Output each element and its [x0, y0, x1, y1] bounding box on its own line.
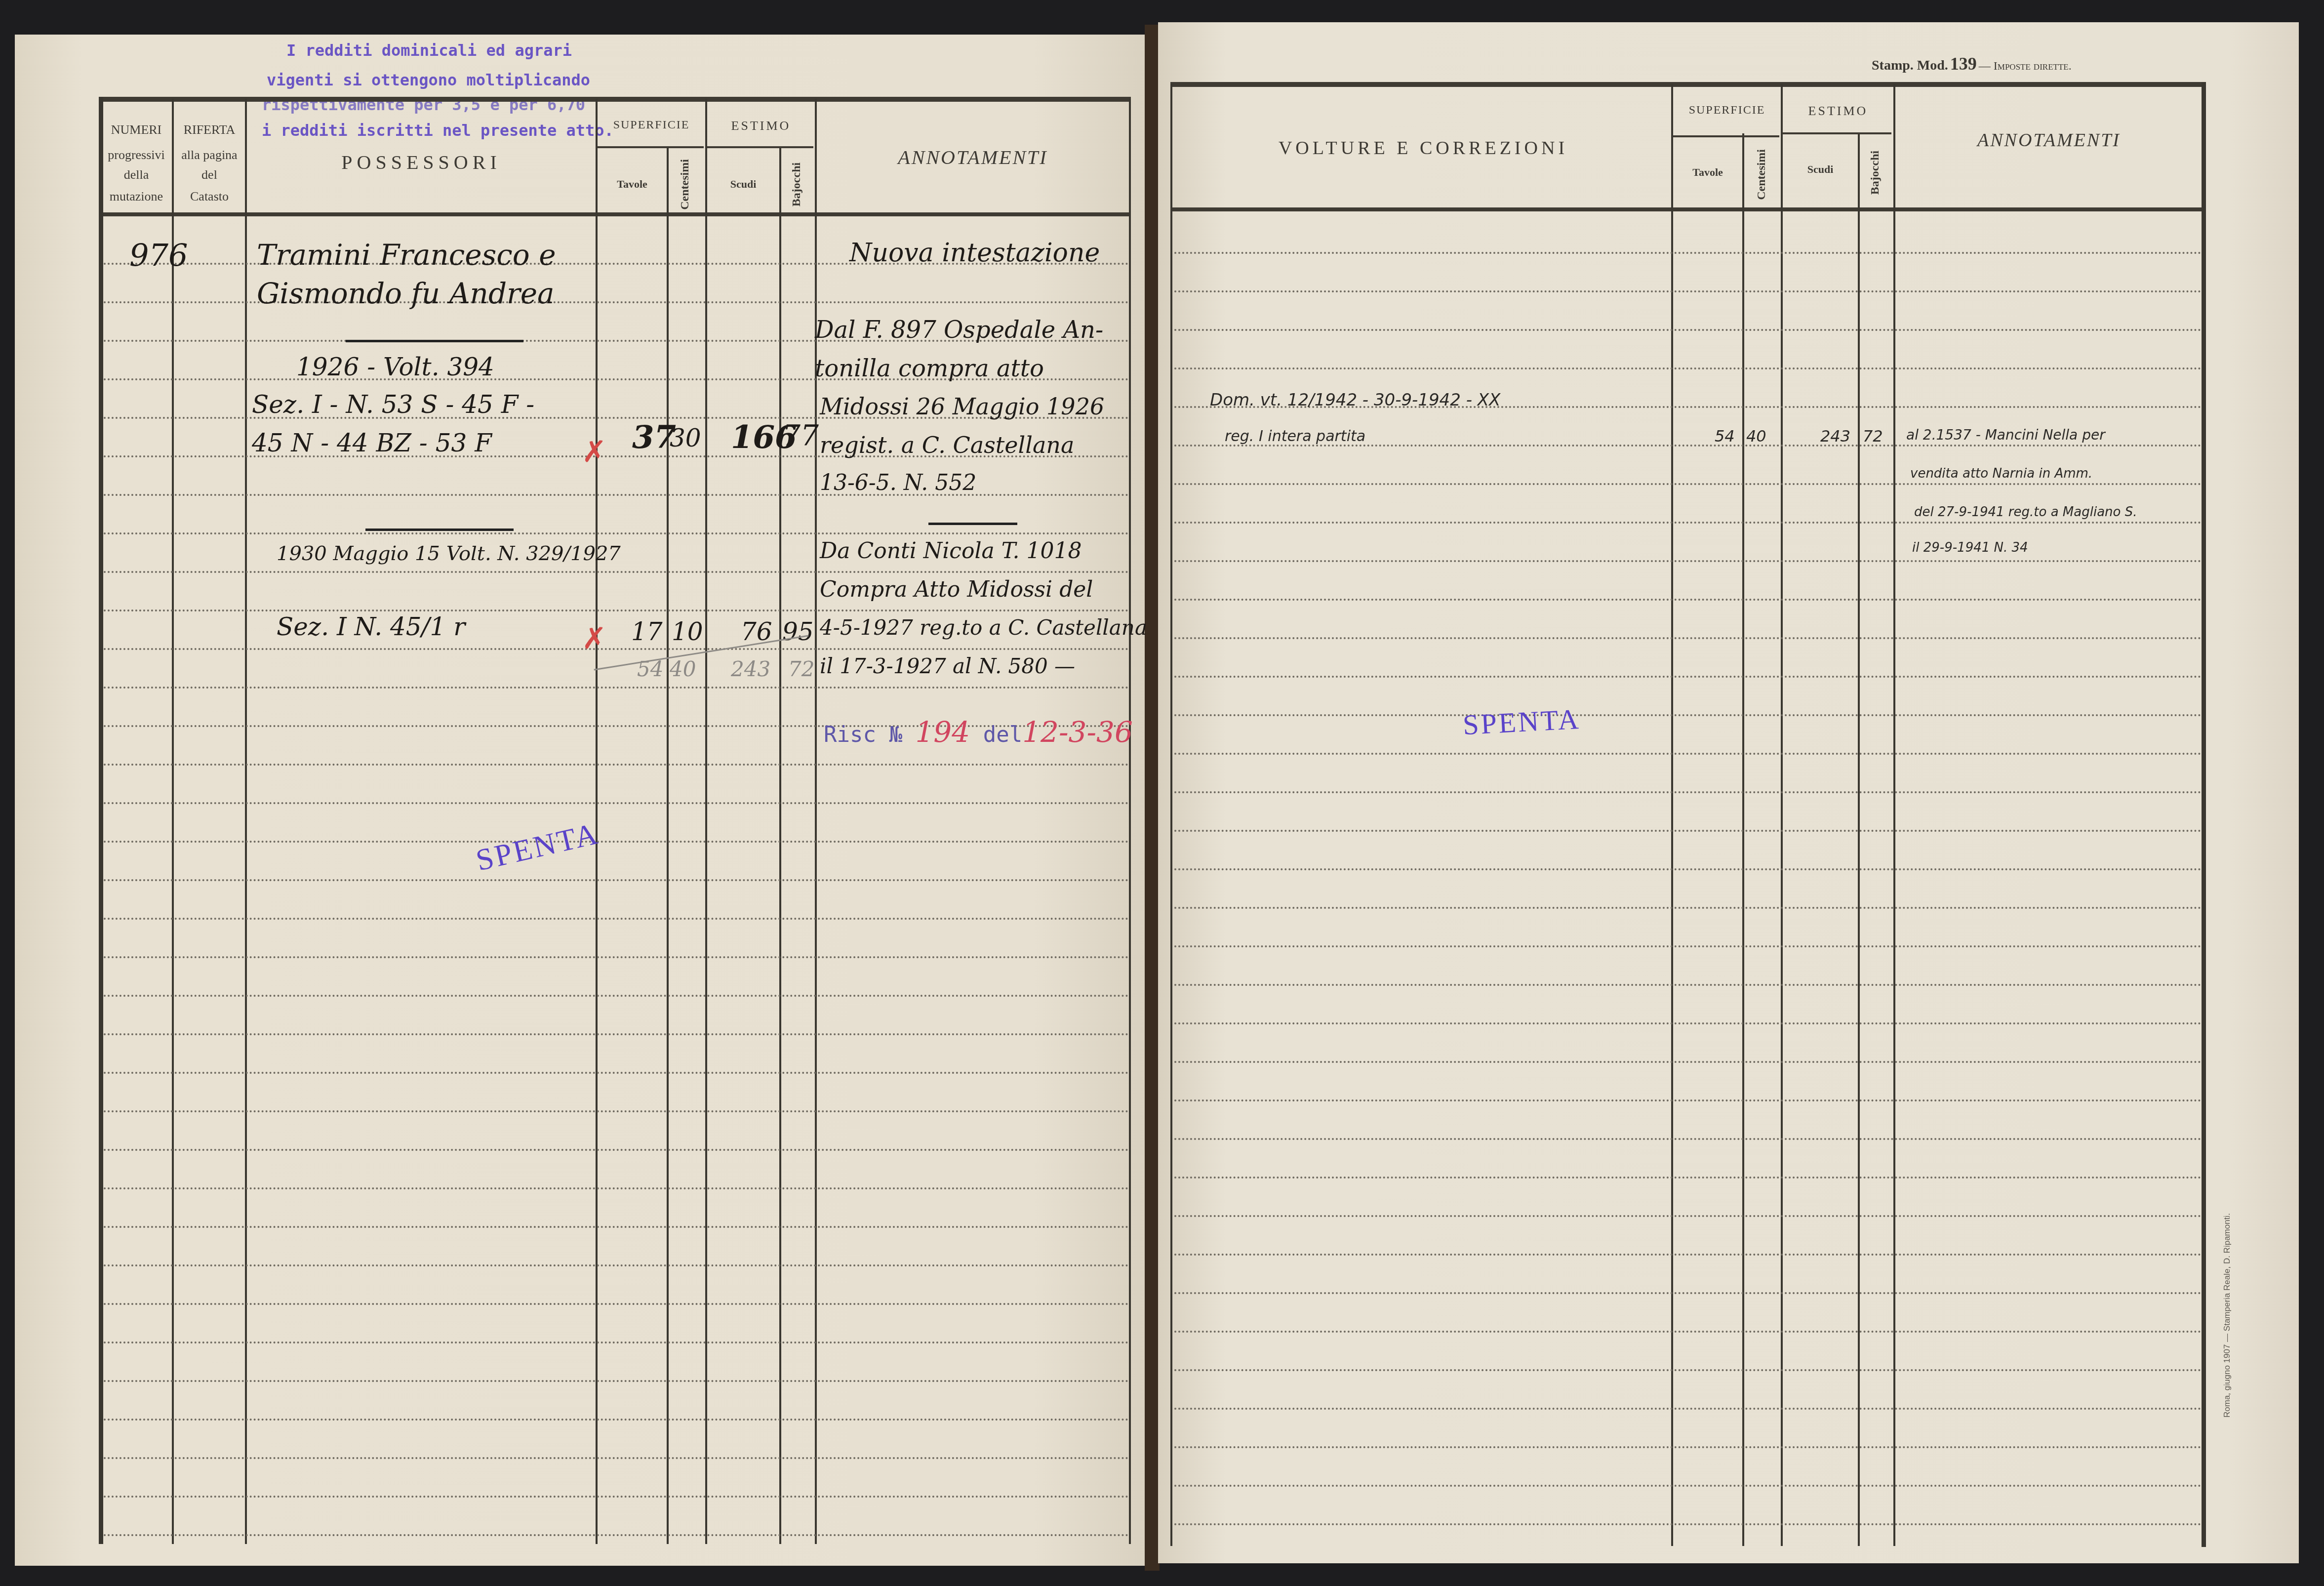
form-number: 139 [1950, 54, 1977, 74]
col-divider [1742, 133, 1744, 1546]
row-rule [1174, 1215, 2202, 1217]
header-annotamenti: ANNOTAMENTI [1896, 129, 2202, 151]
separator-stroke [365, 529, 514, 531]
header-riferta: RIFERTA alla pagina del Catasto [174, 114, 245, 207]
right-top-rule [1170, 82, 2204, 87]
header-tavole: Tavole [598, 178, 667, 191]
row-rule [1174, 1331, 2202, 1333]
voltura-line: Dom. vt. 12/1942 - 30-9-1942 - XX [1210, 390, 1500, 410]
row-rule [104, 532, 1129, 534]
header-line: mutazione [101, 186, 172, 207]
mutation-number: 976 [129, 237, 188, 273]
header-bajocchi: Bajocchi [1869, 141, 1882, 205]
row-rule [1174, 945, 2202, 947]
header-line: RIFERTA [174, 114, 245, 146]
row-rule [104, 1072, 1129, 1074]
row-rule [104, 1380, 1129, 1382]
stamp-note-line: i redditi iscritti nel presente atto. [262, 115, 614, 146]
row-rule [1174, 1485, 2202, 1487]
row-rule [1174, 329, 2202, 331]
row-rule [1174, 676, 2202, 678]
header-superficie: SUPERFICIE [1673, 104, 1781, 117]
possessore-line: Sez. I - N. 53 S - 45 F - [252, 390, 534, 419]
annotamento-line: del 27-9-1941 reg.to a Magliano S. [1914, 505, 2137, 520]
row-rule [1174, 522, 2202, 524]
pencil-bajocchi: 72 [788, 657, 814, 681]
stamp-note-line: I redditi dominicali ed agrari [286, 35, 572, 66]
row-rule [104, 1187, 1129, 1189]
row-rule [104, 1419, 1129, 1421]
header-scudi: Scudi [1783, 163, 1858, 176]
header-superficie: SUPERFICIE [598, 119, 705, 132]
annotamento-line: Compra Atto Midossi del [820, 577, 1093, 602]
voltura-line: reg. I intera partita [1225, 428, 1365, 445]
red-check-mark: ✗ [582, 621, 606, 656]
estimo-bajocchi: 95 [782, 617, 814, 646]
row-rule [104, 1534, 1129, 1536]
col-divider [1858, 133, 1860, 1546]
row-rule [1174, 1292, 2202, 1294]
estimo-sub-rule [1783, 132, 1891, 134]
row-rule [104, 1496, 1129, 1498]
row-rule [104, 1033, 1129, 1035]
superficie-tavole: 54 [1715, 427, 1735, 446]
row-rule [1174, 1022, 2202, 1024]
header-line: della [101, 164, 172, 186]
col-divider [1781, 84, 1783, 1546]
possessore-line: 1930 Maggio 15 Volt. N. 329/1927 [277, 542, 621, 565]
right-border [1170, 84, 1172, 1546]
form-prefix: Stamp. Mod. [1872, 58, 1948, 73]
possessore-line: Gismondo fu Andrea [257, 277, 555, 310]
row-rule [1174, 1369, 2202, 1371]
header-line: progressivi [101, 146, 172, 164]
superficie-tavole: 17 [631, 617, 663, 646]
row-rule [104, 995, 1129, 997]
col-divider [245, 99, 247, 1544]
row-rule [104, 1110, 1129, 1112]
right-outer-border [2202, 82, 2206, 1547]
row-rule [1174, 753, 2202, 755]
col-divider [172, 99, 174, 1544]
row-rule [1174, 868, 2202, 870]
row-rule [104, 571, 1129, 573]
row-rule [104, 764, 1129, 766]
annotamento-line: Dal F. 897 Ospedale An- [815, 316, 1103, 344]
row-rule [1174, 1177, 2202, 1179]
superficie-sub-rule [598, 146, 704, 148]
risc-number: 194 [915, 715, 970, 749]
header-line: NUMERI [101, 114, 172, 146]
separator-stroke [346, 340, 523, 342]
row-rule [1174, 1099, 2202, 1101]
separator-stroke [928, 523, 1017, 525]
header-line: del [174, 164, 245, 186]
header-scudi: Scudi [707, 178, 779, 191]
row-rule [1174, 599, 2202, 601]
row-rule [104, 918, 1129, 920]
row-rule [104, 841, 1129, 843]
row-rule [1174, 1523, 2202, 1525]
row-rule [1174, 1061, 2202, 1063]
left-top-rule [99, 97, 1131, 102]
annotamento-line: 13-6-5. N. 552 [820, 470, 976, 495]
row-rule [1174, 907, 2202, 909]
row-rule [1174, 1138, 2202, 1140]
superficie-centesimi: 40 [1746, 427, 1766, 446]
risc-label: Risc № [824, 722, 902, 747]
annotamento-line: 4-5-1927 reg.to a C. Castellana [820, 615, 1147, 640]
row-rule [104, 1303, 1129, 1305]
annotamento-line: al 2.1537 - Mancini Nella per [1906, 427, 2105, 443]
row-rule [104, 802, 1129, 804]
header-centesimi: Centesimi [679, 153, 692, 217]
estimo-scudi: 243 [1820, 427, 1850, 446]
row-rule [1174, 252, 2202, 254]
row-rule [104, 687, 1129, 689]
row-rule [104, 1149, 1129, 1151]
superficie-sub-rule [1673, 135, 1779, 137]
row-rule [1174, 637, 2202, 639]
riscontro-stamp: Risc № 194 del12-3-36 [824, 715, 1133, 749]
row-rule [1174, 1408, 2202, 1410]
col-divider [667, 148, 669, 1544]
header-numeri: NUMERI progressivi della mutazione [101, 114, 172, 207]
header-volture: VOLTURE E CORREZIONI [1175, 137, 1671, 159]
row-rule [104, 1226, 1129, 1228]
header-estimo: ESTIMO [1783, 104, 1893, 119]
row-rule [1174, 984, 2202, 986]
annotamento-line: vendita atto Narnia in Amm. [1910, 466, 2092, 481]
superficie-centesimi: 10 [672, 617, 703, 646]
left-header-bottom-rule [99, 212, 1131, 216]
row-rule [104, 1342, 1129, 1343]
row-rule [1174, 367, 2202, 369]
right-header-bottom-rule [1170, 207, 2204, 211]
header-line: alla pagina [174, 146, 245, 164]
estimo-bajocchi: 72 [1863, 427, 1883, 446]
superficie-centesimi: 30 [670, 424, 701, 452]
col-divider [1893, 84, 1895, 1546]
header-annotamenti: ANNOTAMENTI [817, 146, 1129, 169]
row-rule [104, 879, 1129, 881]
row-rule [1174, 560, 2202, 562]
row-rule [104, 956, 1129, 958]
annotamento-line: tonilla compra atto [815, 355, 1044, 382]
row-rule [104, 648, 1129, 650]
row-rule [1174, 290, 2202, 292]
row-rule [1174, 1254, 2202, 1256]
annotamento-line: Midossi 26 Maggio 1926 [820, 393, 1104, 420]
col-divider [705, 99, 707, 1544]
possessore-line: Sez. I N. 45/1 r [277, 612, 465, 641]
book-spine [1145, 25, 1160, 1571]
estimo-sub-rule [707, 146, 813, 148]
col-divider [779, 148, 781, 1544]
annotamento-line: Nuova intestazione [849, 238, 1100, 268]
possessore-line: Tramini Francesco e [257, 238, 556, 272]
annotamento-line: il 17-3-1927 al N. 580 — [820, 654, 1075, 678]
row-rule [104, 610, 1129, 611]
header-estimo: ESTIMO [707, 119, 815, 133]
header-line: Catasto [174, 186, 245, 207]
annotamento-line: Da Conti Nicola T. 1018 [820, 538, 1082, 564]
row-rule [1174, 714, 2202, 716]
spenta-stamp-right: SPENTA [1462, 702, 1581, 741]
possessore-line: 1926 - Volt. 394 [296, 353, 494, 381]
header-centesimi: Centesimi [1755, 143, 1768, 207]
header-tavole: Tavole [1673, 166, 1742, 179]
row-rule [104, 1457, 1129, 1459]
annotamento-line: regist. a C. Castellana [820, 432, 1074, 458]
row-rule [1174, 830, 2202, 832]
col-divider [1671, 84, 1673, 1546]
annotamento-line: il 29-9-1941 N. 34 [1912, 540, 2028, 555]
risc-date: 12-3-36 [1022, 715, 1133, 749]
header-possessori: POSSESSORI [247, 151, 596, 174]
possessore-line: 45 N - 44 BZ - 53 F [252, 429, 492, 457]
red-check-mark: ✗ [582, 435, 606, 469]
form-id: Stamp. Mod. 139 — Imposte dirette. [1872, 53, 2072, 74]
row-rule [104, 1264, 1129, 1266]
row-rule [1174, 1446, 2202, 1448]
estimo-bajocchi: 77 [782, 419, 819, 452]
header-bajocchi: Bajocchi [790, 153, 803, 217]
col-divider [815, 99, 817, 1544]
col-divider [1129, 99, 1131, 1544]
risc-del-label: del [983, 722, 1022, 747]
form-suffix: — Imposte dirette. [1979, 60, 2072, 73]
row-rule [1174, 791, 2202, 793]
pencil-centesimi: 40 [670, 657, 696, 681]
row-rule [1174, 483, 2202, 485]
printer-imprint: Roma, giugno 1907 — Stamperia Reale, D. … [2222, 1213, 2232, 1418]
left-border [99, 97, 103, 1544]
pencil-scudi: 243 [731, 657, 770, 681]
